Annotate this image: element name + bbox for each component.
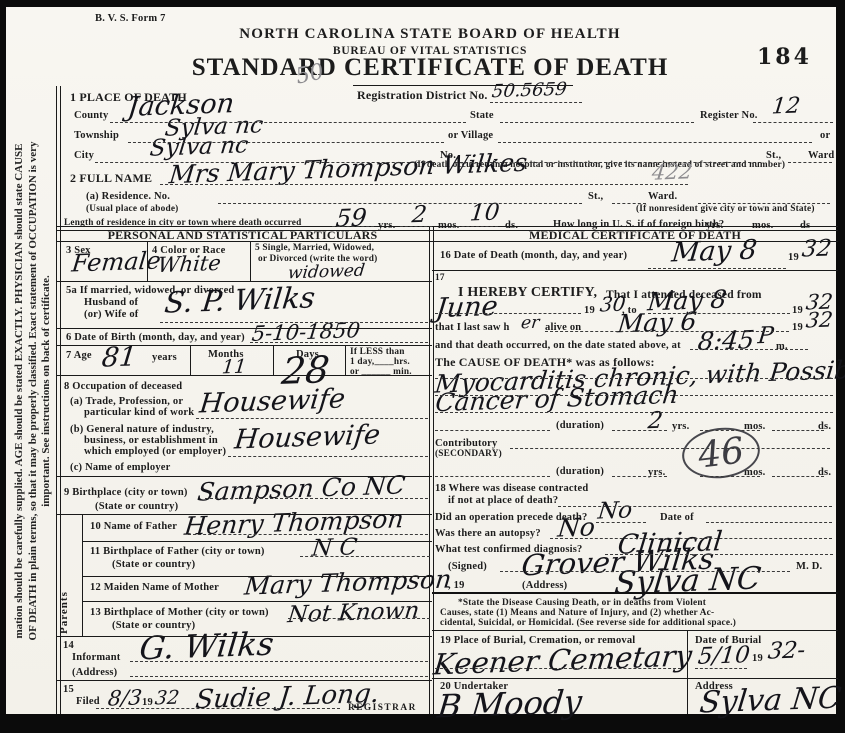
operation-date-label: Date of [660, 512, 694, 523]
register-no-value: 12 [771, 96, 801, 119]
rule-line [700, 430, 760, 431]
dod-year-printed: 19 [788, 252, 799, 263]
rule-line [147, 241, 148, 281]
death-occurred-label: and that death occurred, on the date sta… [435, 340, 681, 351]
spouse-label-wife: (or) Wife of [84, 309, 139, 320]
spouse-label-husband: Husband of [84, 297, 138, 308]
rule-line [56, 636, 432, 637]
rule-line [56, 514, 432, 515]
residence-st-label: St., [588, 191, 603, 202]
marital-label-1: 5 Single, Married, Widowed, [255, 244, 374, 254]
rule-line [700, 476, 760, 477]
margin-instructions: mation should be carefully supplied. AGE… [13, 70, 54, 712]
rule-line [56, 375, 432, 376]
rule-line [160, 322, 428, 323]
secondary-label: (SECONDARY) [435, 450, 502, 460]
md-label: M. D. [796, 561, 822, 572]
form-number: B. V. S. Form 7 [95, 13, 166, 24]
nonresident-note: (If nonresident give city or town and St… [636, 205, 815, 215]
rule-line [612, 430, 667, 431]
rule-line [218, 203, 582, 204]
rule-line [687, 630, 688, 714]
father-birthplace-value: N C [311, 536, 359, 561]
rule-line [500, 122, 694, 123]
rule-line [435, 313, 581, 314]
rule-line [498, 142, 812, 143]
rule-line [205, 498, 428, 499]
occupation-label: 8 Occupation of deceased [64, 381, 182, 392]
rule-line [698, 203, 830, 204]
filed-number: 15 [63, 684, 74, 695]
autopsy-value: No [557, 514, 597, 540]
age-years-label: years [152, 352, 177, 363]
date-of-death-label: 16 Date of Death (month, day, and year) [440, 250, 627, 261]
duration-label-2: (duration) [556, 466, 604, 477]
signed-year-label: , 19 [448, 580, 465, 591]
age-label: 7 Age [66, 350, 92, 361]
filed-year-printed: 19 [142, 697, 153, 708]
rule-line [160, 184, 688, 185]
rule-line [452, 226, 498, 227]
to-year-printed: 19 [792, 305, 803, 316]
burial-year-printed: 19 [752, 653, 763, 664]
margin-line-2: OF DEATH in plain terms, so that it may … [27, 70, 41, 712]
rule-line [228, 456, 428, 457]
rule-line [56, 226, 838, 231]
last-saw-label: that I last saw h [435, 322, 510, 333]
attended-from-value: June [434, 293, 499, 322]
rule-line [82, 541, 432, 542]
abode-note: (Usual place of abode) [86, 205, 178, 215]
rule-line [788, 162, 832, 163]
rule-line [56, 241, 432, 242]
informant-number: 14 [63, 640, 74, 651]
rule-line [706, 522, 832, 523]
occupation-b-label-2: business, or establishment in [84, 435, 218, 446]
death-time-period: P [757, 325, 775, 349]
duration-yrs-label-1: yrs. [672, 421, 689, 432]
margin-line-1: mation should be carefully supplied. AGE… [13, 70, 27, 712]
father-name-label: 10 Name of Father [90, 521, 177, 532]
rule-line [455, 162, 761, 163]
mother-birthplace-value: Not Known [287, 600, 421, 628]
spouse-value: S. P. Wilks [163, 283, 316, 317]
rule-line [432, 270, 838, 271]
rule-line [82, 514, 83, 636]
township-label: Township [74, 130, 119, 141]
rule-line [96, 708, 340, 709]
occupation-b-label-1: (b) General nature of industry, [70, 424, 214, 435]
rule-line [432, 630, 838, 631]
death-certificate-scan: mation should be carefully supplied. AGE… [0, 0, 845, 733]
rule-line [300, 556, 430, 557]
personal-section-title: PERSONAL AND STATISTICAL PARTICULARS [56, 229, 429, 242]
residence-label: (a) Residence. No. [86, 191, 170, 202]
rule-line [82, 576, 432, 577]
autopsy-label: Was there an autopsy? [435, 528, 541, 539]
rule-line [432, 678, 838, 679]
rule-line [558, 506, 832, 507]
filed-date-value: 8/3 [107, 687, 143, 709]
city-label: City [74, 150, 94, 161]
rule-line [110, 122, 466, 123]
sex-value: Female [71, 248, 162, 275]
or-label: or [820, 130, 830, 141]
occupation-a-label-1: (a) Trade, Profession, or [70, 396, 183, 407]
rule-line [500, 571, 790, 572]
rule-line [56, 680, 432, 681]
rule-line [332, 226, 374, 227]
saw-year-printed: 19 [792, 322, 803, 333]
informant-label: Informant [72, 652, 120, 663]
rule-line [435, 395, 833, 396]
pencil-note-50: 50 [294, 61, 326, 88]
rule-line [772, 430, 824, 431]
margin-line-3: important. See instructions on back of c… [40, 70, 54, 712]
occupation-a-label-2: particular kind of work [84, 407, 194, 418]
father-birthplace-sub: (State or country) [112, 559, 195, 570]
rule-line [400, 226, 432, 227]
father-birthplace-label: 11 Birthplace of Father (city or town) [90, 546, 265, 557]
birthplace-value: Sampson Co NC [196, 472, 406, 504]
rule-line [128, 142, 444, 143]
duration-label-1: (duration) [556, 420, 604, 431]
time-m-label: m. [776, 341, 788, 352]
informant-address-label: (Address) [72, 667, 117, 678]
rule-line [545, 331, 789, 332]
disease-contracted-label-1: 18 Where was disease contracted [435, 483, 588, 494]
rule-line [130, 661, 428, 662]
registrar-label: REGISTRAR [348, 704, 417, 714]
rule-line [612, 203, 646, 204]
undertaker-address-value: Sylva NC [698, 684, 842, 719]
certificate-title: STANDARD CERTIFICATE OF DEATH [120, 55, 740, 81]
pencil-circle-value: 46 [696, 430, 746, 476]
footnote-line-3: cidental, Suicidal, or Homicidal. (See r… [440, 619, 736, 629]
marital-value: widowed [287, 263, 366, 283]
occupation-a-value: Housewife [198, 385, 346, 417]
physician-address-value: Sylva NC [613, 563, 762, 599]
certificate-number: 184 [757, 46, 812, 69]
rule-line [196, 418, 428, 419]
county-label: County [74, 110, 108, 121]
last-saw-gender: er [520, 315, 540, 333]
registration-district-label: Registration District No. [357, 89, 488, 102]
saw-year-value: 32 [805, 310, 834, 332]
register-no-label: Register No. [700, 110, 758, 121]
rule-line [432, 241, 838, 242]
rule-line [612, 476, 667, 477]
rule-line [690, 349, 808, 350]
rule-line [435, 668, 681, 669]
rule-line [188, 534, 428, 535]
rule-line [550, 538, 832, 539]
rule-line [429, 226, 434, 714]
occupation-b-value: Housewife [233, 421, 381, 453]
rule-line [56, 476, 432, 477]
birthplace-label: 9 Birthplace (city or town) [64, 487, 188, 498]
filed-year-value: 32 [154, 689, 180, 709]
or-village-label: or Village [448, 130, 493, 141]
rule-line [250, 241, 251, 281]
physician-address-label: (Address) [522, 580, 567, 591]
medical-section-title: MEDICAL CERTIFICATE OF DEATH [432, 229, 838, 242]
less-than-label-3: or ______ min. [350, 368, 412, 378]
age-years-value: 81 [101, 343, 138, 371]
rule-line [82, 601, 432, 602]
signed-label: (Signed) [448, 561, 487, 572]
rule-line [250, 342, 428, 343]
board-title: NORTH CAROLINA STATE BOARD OF HEALTH [160, 27, 700, 43]
residence-ward-label: Ward. [648, 191, 677, 202]
burial-date-value: 5/10 [697, 644, 751, 669]
mother-name-value: Mary Thompson [243, 566, 453, 598]
dob-label: 6 Date of Birth (month, day, and year) [66, 332, 245, 343]
item-17-number: 17 [435, 274, 445, 284]
rule-line [648, 313, 790, 314]
disease-contracted-label-2: if not at place of death? [448, 495, 558, 506]
scan-border-top [0, 0, 845, 7]
from-year-printed: 19 [584, 305, 595, 316]
rule-line [435, 430, 550, 431]
mother-name-label: 12 Maiden Name of Mother [90, 582, 219, 593]
rule-line [56, 328, 432, 329]
rule-line [753, 122, 833, 123]
rule-line [435, 378, 833, 379]
full-name-label: 2 FULL NAME [70, 172, 152, 185]
rule-line [772, 476, 824, 477]
length-days-value: 10 [469, 201, 501, 225]
filed-label: Filed [76, 696, 100, 707]
rule-line [190, 345, 191, 375]
rule-line [695, 668, 747, 669]
rule-line [288, 618, 430, 619]
rule-line [605, 554, 833, 555]
rule-line [435, 412, 833, 413]
rule-line [510, 448, 830, 449]
contributory-label: Contributory [435, 438, 497, 449]
rule-line [345, 345, 346, 375]
rule-line [56, 345, 432, 346]
occupation-b-label-3: which employed (or employer) [84, 446, 226, 457]
rule-line [56, 281, 432, 282]
rule-line [130, 676, 428, 677]
mother-birthplace-label: 13 Birthplace of Mother (city or town) [90, 607, 269, 618]
undertaker-value: B Moody [436, 686, 584, 723]
operation-value: No [597, 499, 634, 523]
rule-line [56, 86, 61, 714]
rule-line [95, 162, 435, 163]
burial-year-value: 32- [767, 639, 807, 663]
rule-line [273, 345, 274, 375]
rule-line [435, 476, 550, 477]
state-label: State [470, 110, 494, 121]
city-value: Sylva nc [149, 134, 250, 160]
ward-label: Ward [808, 150, 834, 161]
race-value: White [157, 253, 222, 276]
rule-line [648, 268, 786, 269]
birthplace-sub-label: (State or country) [95, 501, 178, 512]
employer-label: (c) Name of employer [70, 462, 171, 473]
pencil-note-422: 422 [651, 161, 693, 183]
informant-value: G. Wilks [138, 628, 275, 665]
rule-line [432, 592, 838, 594]
registration-district-value: 50.5659 [491, 81, 568, 102]
rule-line [490, 102, 582, 103]
rule-line [596, 522, 646, 523]
rule-line [353, 85, 573, 86]
scan-border-left [0, 0, 6, 733]
length-months-value: 2 [411, 204, 428, 227]
